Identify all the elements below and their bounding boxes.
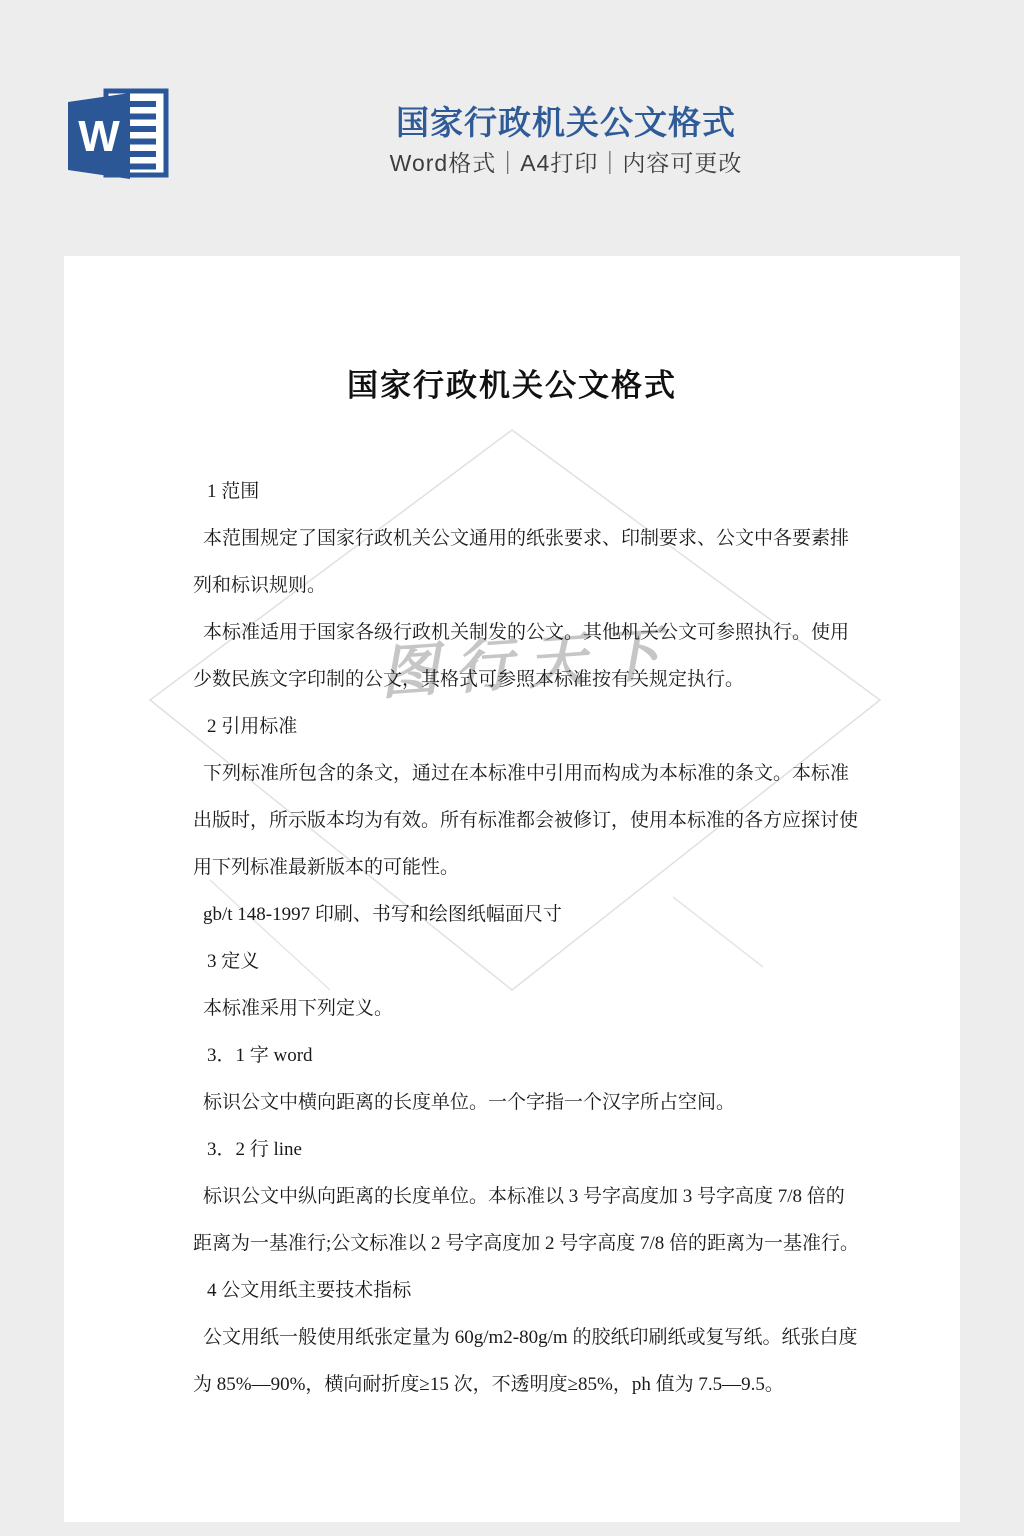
header-subtitle: Word格式｜A4打印｜内容可更改	[390, 152, 743, 175]
doc-line: 距离为一基准行;公文标准以 2 号字高度加 2 号字高度 7/8 倍的距离为一基…	[193, 1220, 920, 1267]
doc-line: 出版时，所示版本均为有效。所有标准都会被修订，使用本标准的各方应探讨使	[193, 797, 920, 844]
doc-line: 3 定义	[193, 938, 920, 985]
word-file-icon: W	[64, 88, 172, 184]
doc-content: 1 范围 本范围规定了国家行政机关公文通用的纸张要求、印制要求、公文中各要素排 …	[64, 468, 960, 1408]
header-text-block: 国家行政机关公文格式 Word格式｜A4打印｜内容可更改	[172, 98, 960, 175]
doc-line: 本范围规定了国家行政机关公文通用的纸张要求、印制要求、公文中各要素排	[193, 515, 920, 562]
header: W 国家行政机关公文格式 Word格式｜A4打印｜内容可更改	[64, 88, 960, 184]
word-icon-letter: W	[78, 112, 120, 161]
doc-line: 4 公文用纸主要技术指标	[193, 1267, 920, 1314]
doc-line: 标识公文中纵向距离的长度单位。本标准以 3 号字高度加 3 号字高度 7/8 倍…	[193, 1173, 920, 1220]
doc-line: 下列标准所包含的条文，通过在本标准中引用而构成为本标准的条文。本标准	[193, 750, 920, 797]
doc-line: 本标准采用下列定义。	[193, 985, 920, 1032]
header-title: 国家行政机关公文格式	[396, 106, 736, 139]
doc-line: gb/t 148-1997 印刷、书写和绘图纸幅面尺寸	[193, 891, 920, 938]
doc-line: 为 85%—90%，横向耐折度≥15 次，不透明度≥85%，ph 值为 7.5—…	[193, 1361, 920, 1408]
doc-line: 2 引用标准	[193, 703, 920, 750]
doc-line: 用下列标准最新版本的可能性。	[193, 844, 920, 891]
doc-line: 列和标识规则。	[193, 562, 920, 609]
doc-line: 3．1 字 word	[193, 1032, 920, 1079]
doc-line: 标识公文中横向距离的长度单位。一个字指一个汉字所占空间。	[193, 1079, 920, 1126]
doc-title: 国家行政机关公文格式	[64, 256, 960, 406]
doc-line: 1 范围	[193, 468, 920, 515]
doc-line: 3．2 行 line	[193, 1126, 920, 1173]
document-page: 图行天下 国家行政机关公文格式 1 范围 本范围规定了国家行政机关公文通用的纸张…	[64, 256, 960, 1522]
doc-line: 本标准适用于国家各级行政机关制发的公文。其他机关公文可参照执行。使用	[193, 609, 920, 656]
page: { "header": { "icon_letter": "W", "title…	[0, 0, 1024, 1536]
doc-line: 公文用纸一般使用纸张定量为 60g/m2-80g/m 的胶纸印刷纸或复写纸。纸张…	[193, 1314, 920, 1361]
doc-line: 少数民族文字印制的公文，其格式可参照本标准按有关规定执行。	[193, 656, 920, 703]
